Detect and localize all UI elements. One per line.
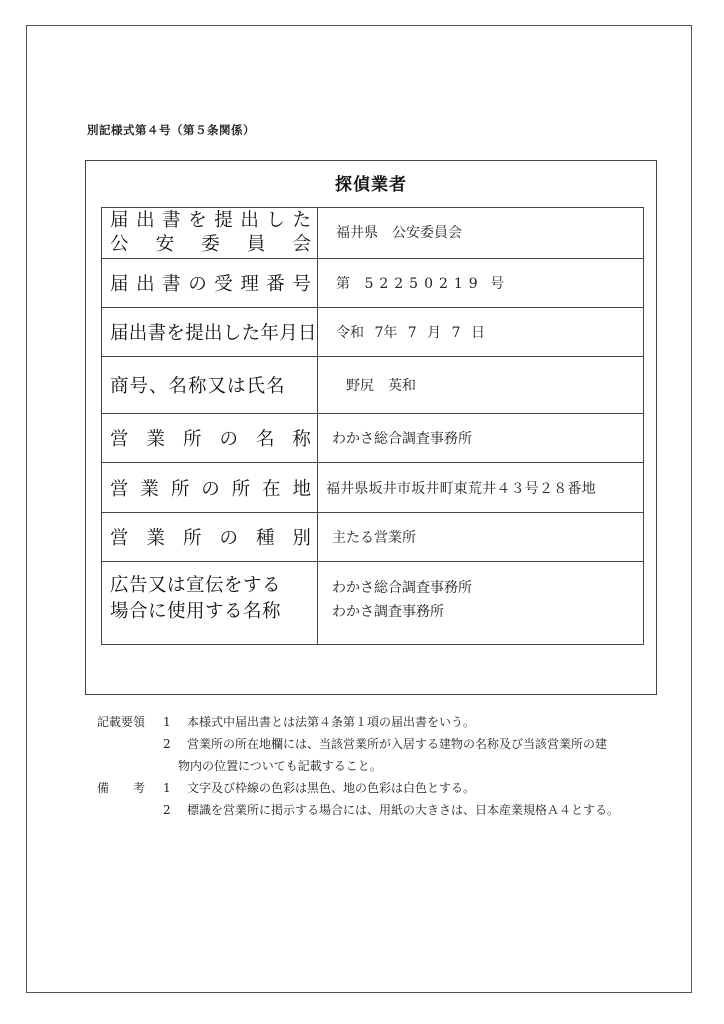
label-filing-date: 届出書を提出した年月日 <box>102 308 318 357</box>
sign-table: 届 出 書 を 提 出 し た 公 安 委 員 会 福井県 公 <box>101 207 644 645</box>
sign-title: 探偵業者 <box>85 170 657 195</box>
advertising-name-2: わかさ調査事務所 <box>332 600 643 624</box>
table-row-office-name: 営 業 所 の 名 称 わかさ総合調査事務所 <box>102 414 644 463</box>
table-row-filing-date: 届出書を提出した年月日 令和 7年 7 月 7 日 <box>102 308 644 357</box>
label-line-2: 公 安 委 員 会 <box>110 233 311 257</box>
form-reference: 別記様式第４号（第５条関係） <box>87 122 255 138</box>
table-row-office-type: 営 業 所 の 種 別 主たる営業所 <box>102 513 644 562</box>
instructions-heading: 記載要領 <box>97 712 153 732</box>
remarks-heading: 備 考 <box>97 778 145 798</box>
label-commission: 届 出 書 を 提 出 し た 公 安 委 員 会 <box>102 208 318 259</box>
table-row-office-address: 営 業 所 の 所 在 地 福井県坂井市坂井町東荒井４３号２８番地 <box>102 463 644 513</box>
label-line-1: 届 出 書 を 提 出 し た <box>110 209 311 233</box>
receipt-prefix: 第 <box>336 276 350 292</box>
value-name: 野尻 英和 <box>318 357 644 414</box>
table-row-commission: 届 出 書 を 提 出 し た 公 安 委 員 会 福井県 公 <box>102 208 644 259</box>
label-receipt-number: 届 出 書 の 受 理 番 号 <box>102 259 318 308</box>
value-advertising-names: わかさ総合調査事務所 わかさ調査事務所 <box>318 562 644 645</box>
label-office-address: 営 業 所 の 所 在 地 <box>102 463 318 513</box>
label-advertising-names: 広告又は宣伝をする 場合に使用する名称 <box>102 562 318 645</box>
label-name: 商号、名称又は氏名 <box>102 357 318 414</box>
table-row-advertising-names: 広告又は宣伝をする 場合に使用する名称 わかさ総合調査事務所 わかさ調査事務所 <box>102 562 644 645</box>
value-office-address: 福井県坂井市坂井町東荒井４３号２８番地 <box>318 463 644 513</box>
label-office-name: 営 業 所 の 名 称 <box>102 414 318 463</box>
value-office-name: わかさ総合調査事務所 <box>318 414 644 463</box>
value-office-type: 主たる営業所 <box>318 513 644 562</box>
value-commission: 福井県 公安委員会 <box>318 208 644 259</box>
table-row-name: 商号、名称又は氏名 野尻 英和 <box>102 357 644 414</box>
advertising-name-1: わかさ総合調査事務所 <box>332 576 643 600</box>
value-filing-date: 令和 7年 7 月 7 日 <box>318 308 644 357</box>
label-office-type: 営 業 所 の 種 別 <box>102 513 318 562</box>
value-receipt-number: 第 52250219 号 <box>318 259 644 308</box>
receipt-number: 52250219 <box>364 276 483 292</box>
receipt-suffix: 号 <box>490 276 504 292</box>
table-row-receipt-number: 届 出 書 の 受 理 番 号 第 52250219 号 <box>102 259 644 308</box>
